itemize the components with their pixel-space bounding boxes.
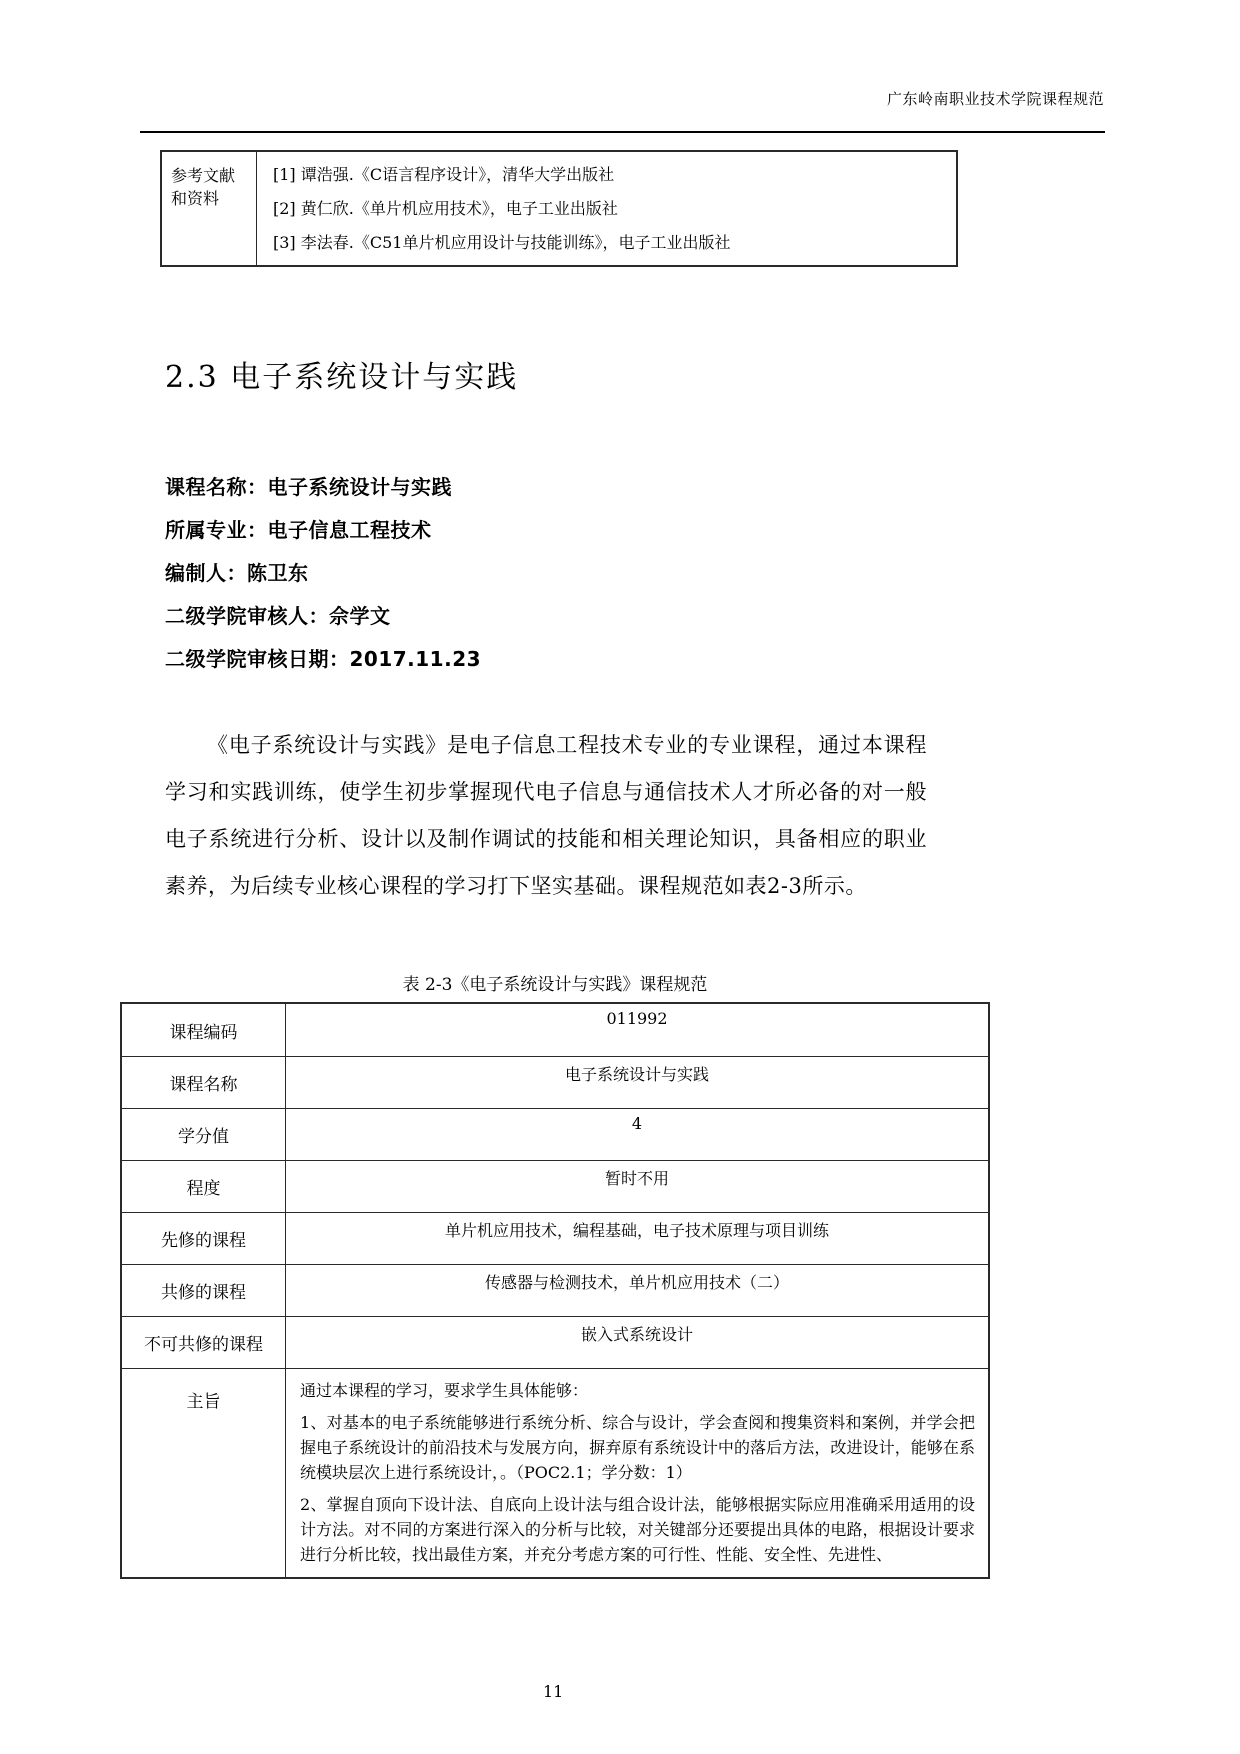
table-row: 程度 暂时不用: [122, 1160, 988, 1212]
reference-item: [2] 黄仁欣.《单片机应用技术》，电子工业出版社: [273, 198, 942, 219]
page-header-text: 广东岭南职业技术学院课程规范: [887, 88, 1104, 109]
row-value: 4: [286, 1109, 988, 1160]
page-number: 11: [543, 1682, 563, 1701]
section-heading: 2.3 电子系统设计与实践: [165, 352, 518, 396]
course-meta-block: 课程名称：电子系统设计与实践 所属专业：电子信息工程技术 编制人：陈卫东 二级学…: [165, 466, 481, 681]
author-line: 编制人：陈卫东: [165, 552, 481, 595]
table-row: 共修的课程 传感器与检测技术，单片机应用技术（二）: [122, 1264, 988, 1316]
row-value: 单片机应用技术，编程基础，电子技术原理与项目训练: [286, 1213, 988, 1264]
course-name-line: 课程名称：电子系统设计与实践: [165, 466, 481, 509]
references-table: 参考文献和资料 [1] 谭浩强.《C语言程序设计》，清华大学出版社 [2] 黄仁…: [160, 150, 958, 267]
row-label: 程度: [122, 1161, 286, 1212]
document-page: 广东岭南职业技术学院课程规范 参考文献和资料 [1] 谭浩强.《C语言程序设计》…: [0, 0, 1240, 1754]
reference-item: [3] 李法春.《C51单片机应用设计与技能训练》，电子工业出版社: [273, 232, 942, 253]
review-date-line: 二级学院审核日期：2017.11.23: [165, 638, 481, 681]
references-list: [1] 谭浩强.《C语言程序设计》，清华大学出版社 [2] 黄仁欣.《单片机应用…: [257, 152, 956, 265]
row-label: 课程名称: [122, 1057, 286, 1108]
table-row-purpose: 主旨 通过本课程的学习，要求学生具体能够： 1、对基本的电子系统能够进行系统分析…: [122, 1368, 988, 1577]
row-label: 共修的课程: [122, 1265, 286, 1316]
row-label: 主旨: [122, 1369, 286, 1577]
table-row: 学分值 4: [122, 1108, 988, 1160]
row-label: 先修的课程: [122, 1213, 286, 1264]
row-value: 嵌入式系统设计: [286, 1317, 988, 1368]
intro-paragraph: 《电子系统设计与实践》是电子信息工程技术专业的专业课程，通过本课程学习和实践训练…: [165, 722, 927, 910]
row-label: 不可共修的课程: [122, 1317, 286, 1368]
course-spec-table: 课程编码 011992 课程名称 电子系统设计与实践 学分值 4 程度 暂时不用…: [120, 1002, 990, 1579]
table-caption: 表 2-3《电子系统设计与实践》课程规范: [0, 970, 1110, 995]
references-label: 参考文献和资料: [162, 152, 257, 265]
table-row: 课程名称 电子系统设计与实践: [122, 1056, 988, 1108]
table-row: 不可共修的课程 嵌入式系统设计: [122, 1316, 988, 1368]
reviewer-line: 二级学院审核人：佘学文: [165, 595, 481, 638]
row-value: 011992: [286, 1004, 988, 1056]
reference-item: [1] 谭浩强.《C语言程序设计》，清华大学出版社: [273, 164, 942, 185]
major-line: 所属专业：电子信息工程技术: [165, 509, 481, 552]
row-value: 传感器与检测技术，单片机应用技术（二）: [286, 1265, 988, 1316]
row-label: 学分值: [122, 1109, 286, 1160]
purpose-paragraph: 1、对基本的电子系统能够进行系统分析、综合与设计，学会查阅和搜集资料和案例，并学…: [300, 1410, 975, 1485]
table-row: 课程编码 011992: [122, 1004, 988, 1056]
purpose-content: 通过本课程的学习，要求学生具体能够： 1、对基本的电子系统能够进行系统分析、综合…: [286, 1369, 988, 1577]
row-value: 电子系统设计与实践: [286, 1057, 988, 1108]
header-divider: [140, 131, 1105, 133]
row-value: 暂时不用: [286, 1161, 988, 1212]
table-row: 先修的课程 单片机应用技术，编程基础，电子技术原理与项目训练: [122, 1212, 988, 1264]
row-label: 课程编码: [122, 1004, 286, 1056]
purpose-paragraph: 2、掌握自顶向下设计法、自底向上设计法与组合设计法，能够根据实际应用准确采用适用…: [300, 1492, 975, 1567]
purpose-paragraph: 通过本课程的学习，要求学生具体能够：: [300, 1378, 975, 1403]
